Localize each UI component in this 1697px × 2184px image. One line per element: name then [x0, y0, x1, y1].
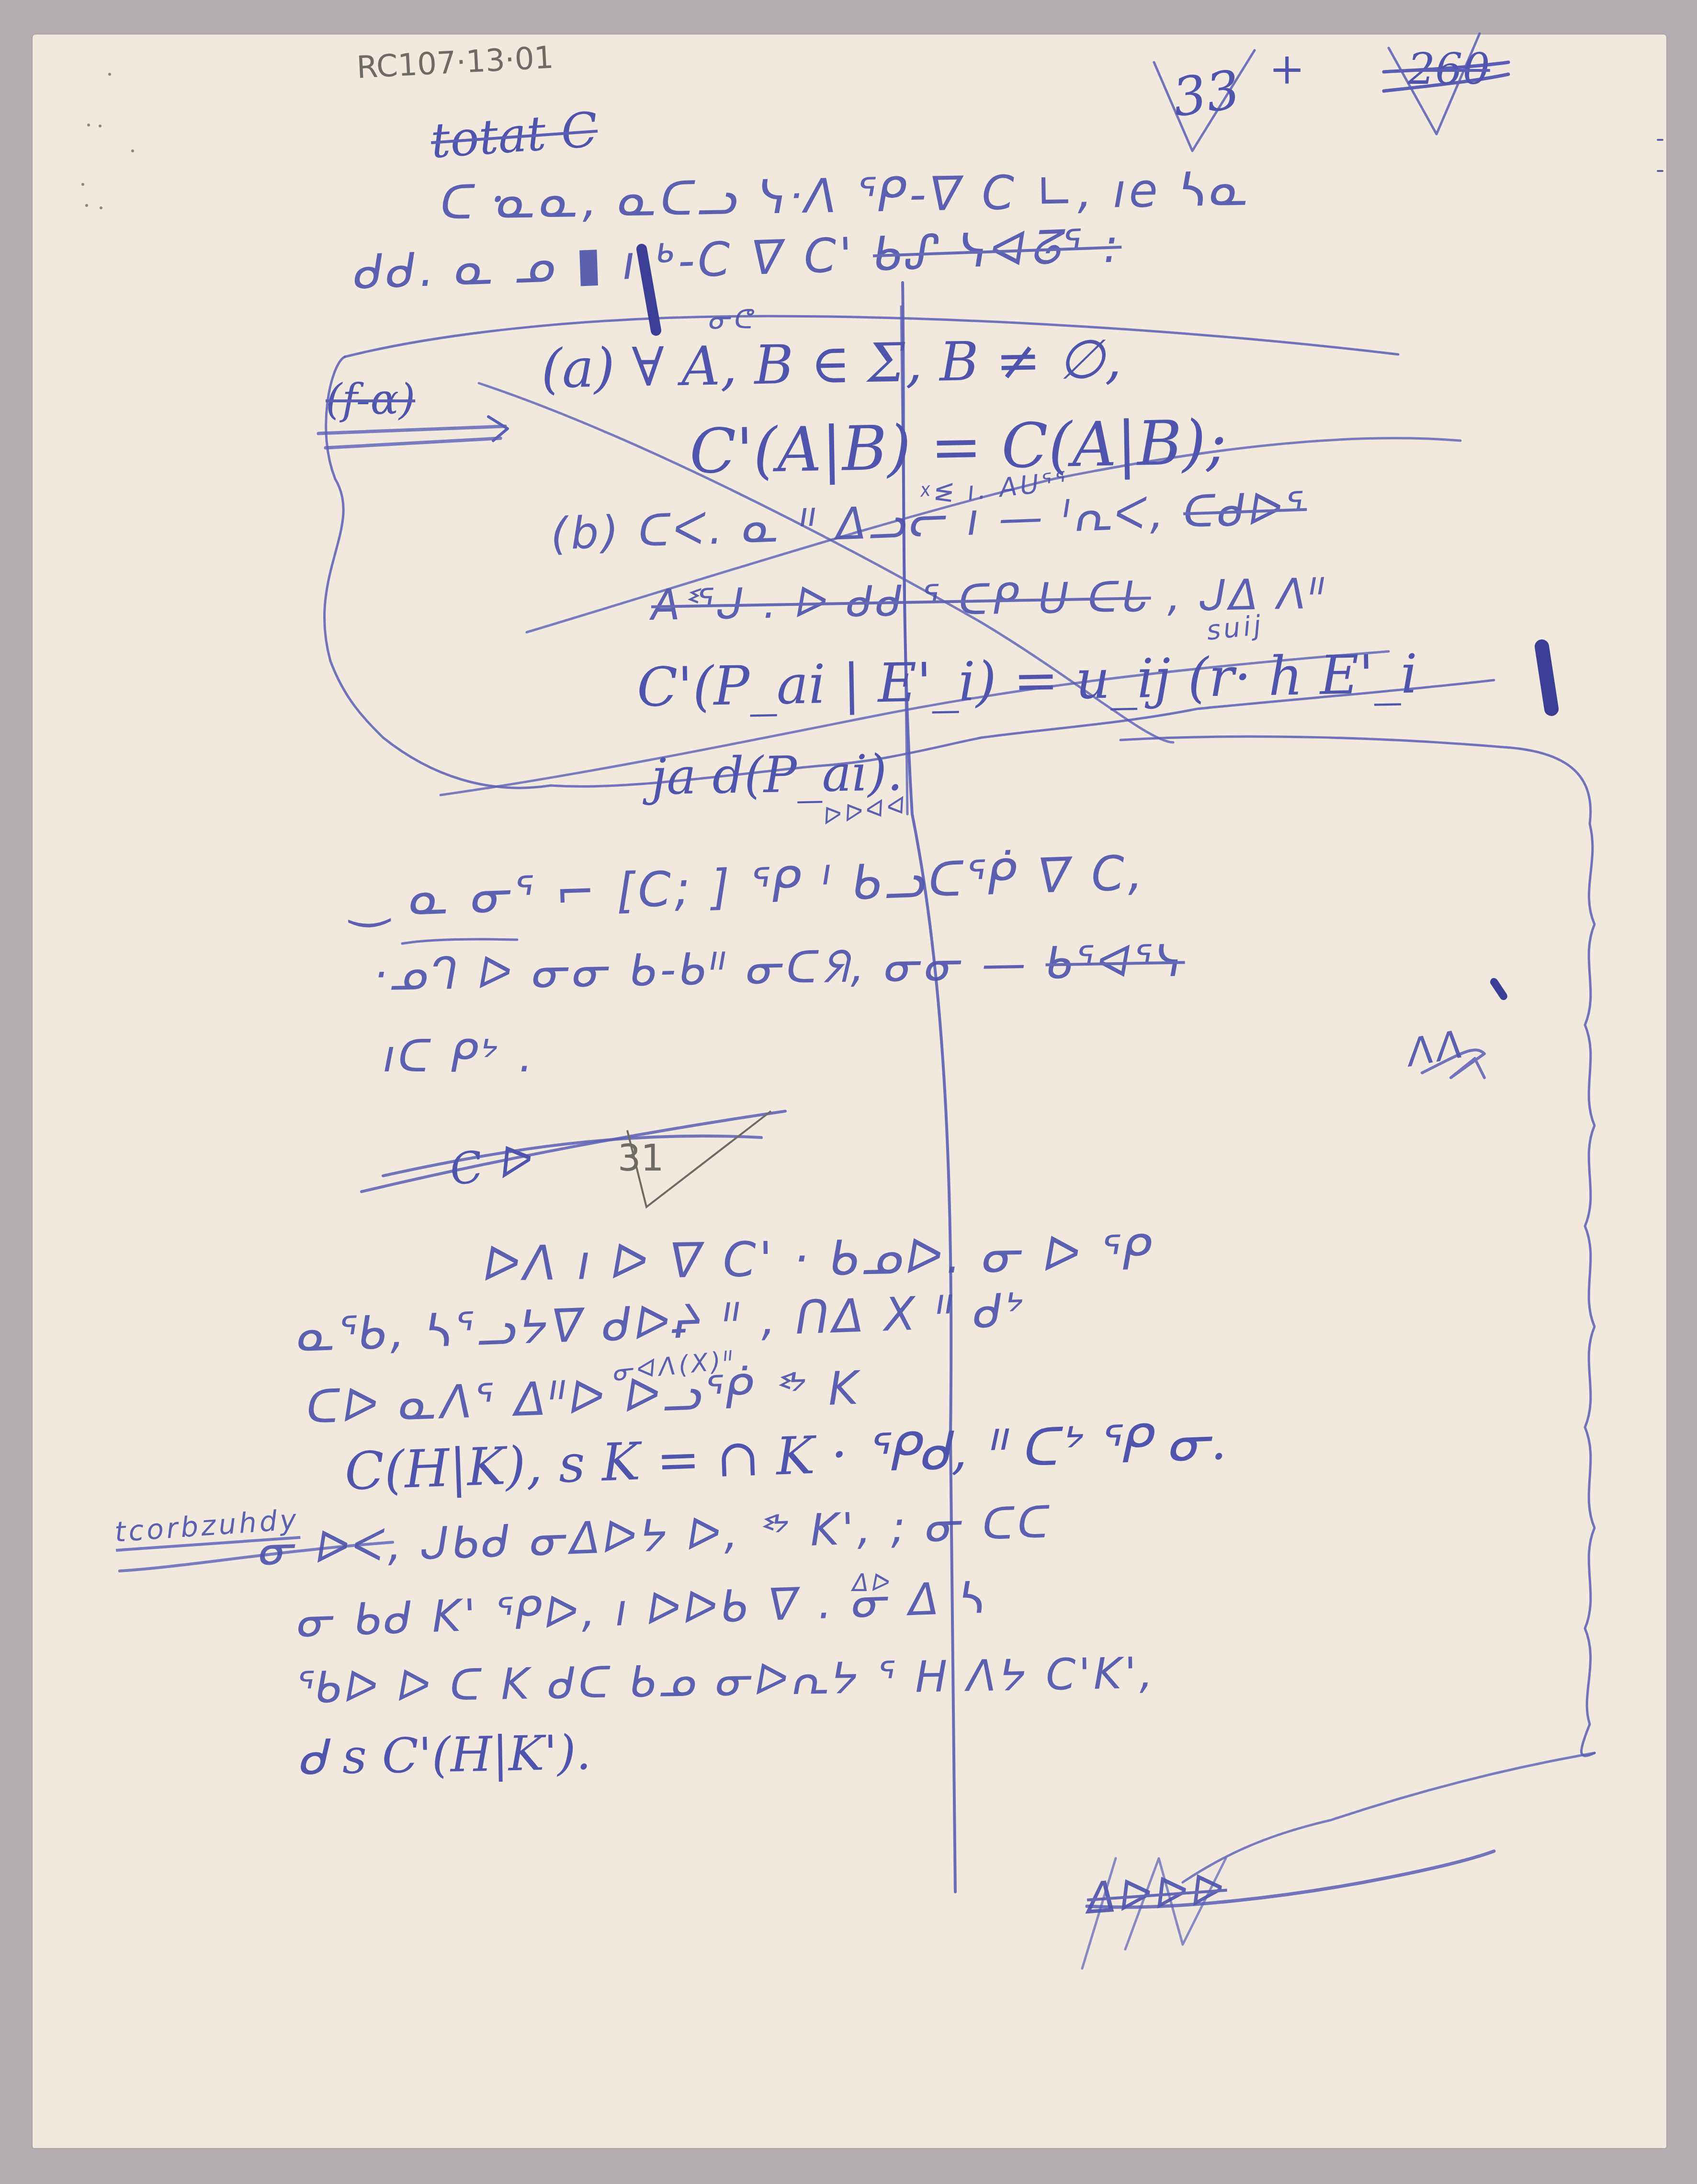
- page-plus: +: [1269, 48, 1305, 91]
- paper-speck: [85, 204, 88, 207]
- line-11: ·ᓄᒉ ᐅ ᓂᓂ ᑲ-ᑲᐦ ᓂᑕᖆ, ᓂᓂ — ᑲᕐᐊᕐᓭ: [373, 939, 1185, 997]
- edge-mark: [1657, 139, 1663, 141]
- line-8-above: suij: [1205, 612, 1265, 645]
- line-6-struck-tail: ᑕᑯᐅᕐ: [1182, 482, 1308, 538]
- right-fragment-struck: ᐃᐅᐅᐅ: [1086, 1868, 1229, 1921]
- line-11-struck-tail: ᑲᕐᐊᕐᓭ: [1045, 935, 1186, 989]
- line-12: ıᑕ ᑭᔾ .: [383, 1035, 536, 1079]
- pencil-note-31: 31: [618, 1140, 664, 1176]
- paper-speck: [81, 183, 84, 186]
- line-14: ᐅᐱ ı ᐅ ᐁ C' · ᑲᓄᐅ. ᓂ ᐅ ᕿ: [483, 1229, 1155, 1288]
- right-fragment-scribble: ᐱᐱ: [1404, 1025, 1469, 1073]
- paper-speck: [99, 125, 102, 127]
- paper-speck: [100, 206, 102, 209]
- page-number: 33: [1169, 63, 1243, 124]
- struck-page-number: 260: [1408, 48, 1490, 91]
- line-5-equation: C'(A|B) = C(A|B);: [689, 412, 1227, 483]
- paper-speck: [131, 149, 134, 152]
- paper-speck: [87, 124, 90, 126]
- edge-mark: [1657, 170, 1663, 172]
- line-7-struck: Aᓫᕐᒍ . ᐅ ᑯᑯ ᕐ ᑕᑭ ᑌ ᑕᒐ: [651, 572, 1151, 630]
- line-3-struck-tail: ᑲᔑ ᓭᐊᘔᕐ :: [872, 218, 1122, 282]
- line-13-struck: C ᐅ: [447, 1138, 532, 1192]
- label-f-alpha: (f-α): [326, 378, 415, 421]
- paper-speck: [108, 73, 111, 76]
- line-4-superscript: ᓂᕦ: [709, 307, 757, 333]
- line-2: ᑕ᠂ᓇᓇ, ᓇᑕᓗ ᓭᐧᐱ ᕿ-ᐁ C ∟, ıe ᓴᓇ: [440, 165, 1253, 227]
- line-4-part-a: (a) ∀ A, B ∈ Σ, B ≠ ∅,: [541, 332, 1122, 396]
- line-1-struck: totat C: [430, 106, 600, 165]
- line-8-equation: C'(P_ai | E'_i) = u_ij (r· h E'_i: [636, 648, 1418, 715]
- line-21: ᑯ s C'(H|K').: [296, 1729, 591, 1782]
- line-9: ja d(P_ai).: [651, 748, 903, 802]
